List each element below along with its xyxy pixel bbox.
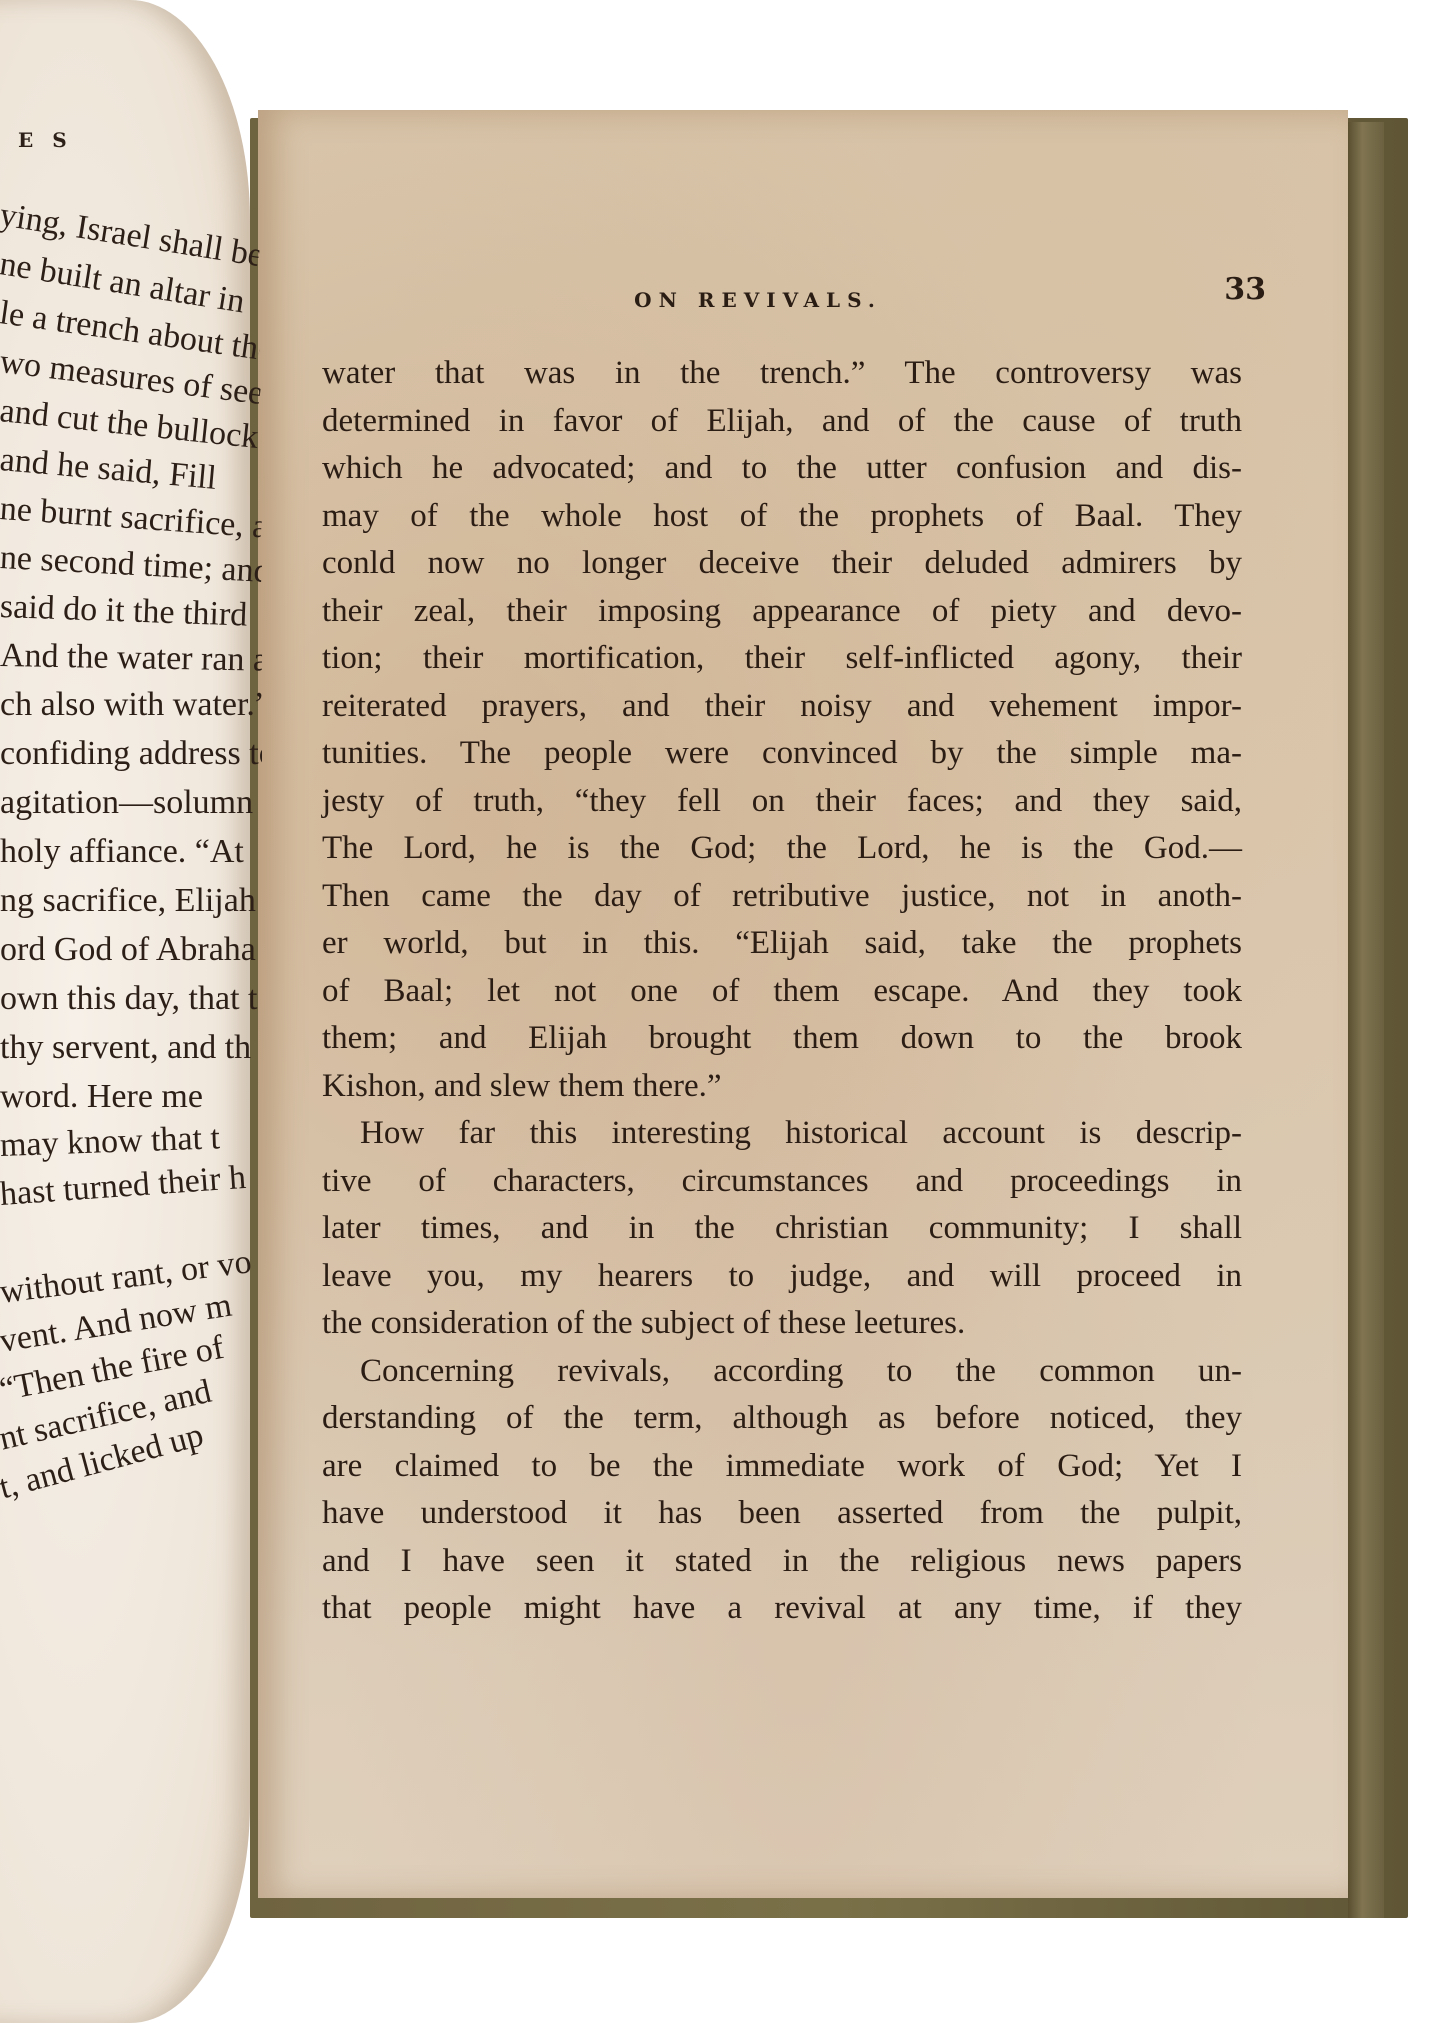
running-head: ON REVIVALS. [258,288,1348,312]
text-line: jesty of truth, “they fell on their face… [322,778,1242,826]
text-line: determined in favor of Elijah, and of th… [322,398,1242,446]
text-line: their zeal, their imposing appearance of… [322,588,1242,636]
text-line: Then came the day of retributive justice… [322,873,1242,921]
paragraph-start-line: Concerning revivals, according to the co… [322,1348,1242,1396]
text-line: derstanding of the term, although as bef… [322,1395,1242,1443]
text-line: may of the whole host of the prophets of… [322,493,1242,541]
text-line: The Lord, he is the God; the Lord, he is… [322,825,1242,873]
paragraph-start-line: How far this interesting historical acco… [322,1110,1242,1158]
text-line: the consideration of the subject of thes… [322,1300,1242,1348]
left-page-text: ying, Israel shall be ne built an altar … [0,190,262,1513]
text-line: leave you, my hearers to judge, and will… [322,1253,1242,1301]
book-cover-edge [1348,122,1384,1918]
text-line: tive of characters, circumstances and pr… [322,1158,1242,1206]
text-line: reiterated prayers, and their noisy and … [322,683,1242,731]
text-line: are claimed to be the immediate work of … [322,1443,1242,1491]
text-line: later times, and in the christian commun… [322,1205,1242,1253]
text-line: holy affiance. “At [0,827,262,876]
text-line: tunities. The people were convinced by t… [322,730,1242,778]
text-line: And the water ran a [0,631,262,685]
text-line: water that was in the trench.” The contr… [322,350,1242,398]
text-line: er world, but in this. “Elijah said, tak… [322,920,1242,968]
text-line: that people might have a revival at any … [322,1585,1242,1633]
text-line: confiding address to [0,729,262,778]
text-line: ord God of Abraha [0,925,262,974]
text-line: ng sacrifice, Elijah [0,876,262,925]
text-line: Kishon, and slew them there.” [322,1063,1242,1111]
text-line: ch also with water.” [0,680,262,729]
text-line: tion; their mortification, their self-in… [322,635,1242,683]
left-page-curled: E S ying, Israel shall be ne built an al… [0,0,250,2023]
text-line: own this day, that t [0,974,262,1023]
text-line: agitation—solumn d [0,778,262,827]
right-page: ON REVIVALS. 33 water that was in the tr… [258,110,1348,1898]
text-line: and I have seen it stated in the religio… [322,1538,1242,1586]
left-running-head-fragment: E S [18,128,73,152]
text-line: of Baal; let not one of them escape. And… [322,968,1242,1016]
text-line: thy servent, and th [0,1023,262,1072]
text-line: them; and Elijah brought them down to th… [322,1015,1242,1063]
page-body-text: water that was in the trench.” The contr… [322,350,1242,1633]
page-number: 33 [1224,272,1266,307]
text-line: conld now no longer deceive their delude… [322,540,1242,588]
text-line: which he advocated; and to the utter con… [322,445,1242,493]
text-line: have understood it has been asserted fro… [322,1490,1242,1538]
